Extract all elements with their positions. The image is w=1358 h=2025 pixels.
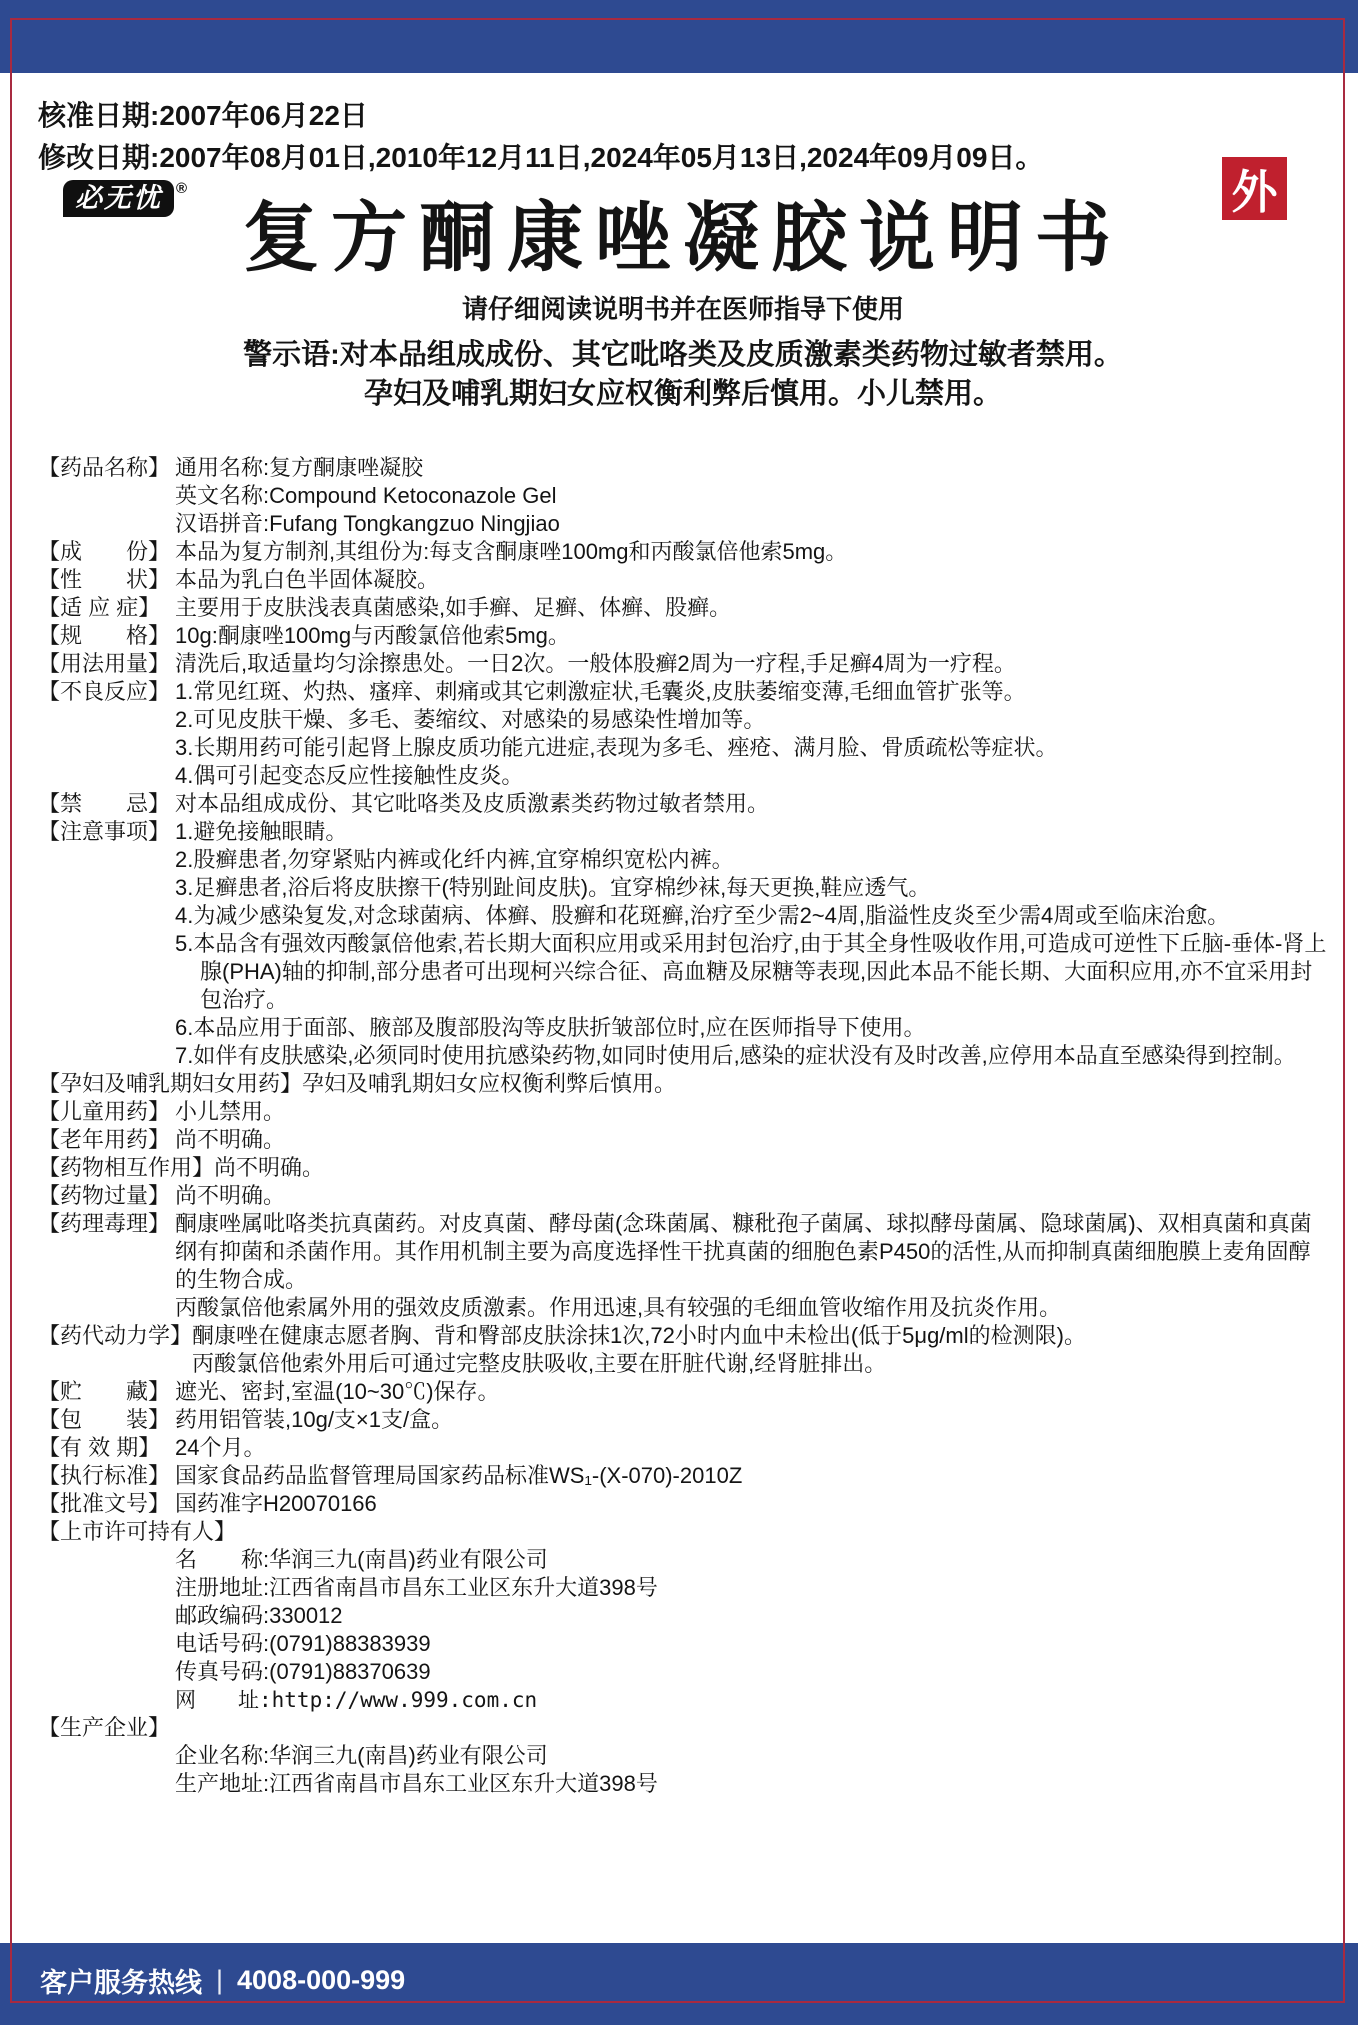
section-label: 【儿童用药】 xyxy=(38,1098,175,1126)
section-text-line: 英文名称:Compound Ketoconazole Gel xyxy=(175,482,1328,510)
section-label: 【药物过量】 xyxy=(38,1182,175,1210)
section-text-line: 5.本品含有强效丙酸氯倍他索,若长期大面积应用或采用封包治疗,由于其全身性吸收作… xyxy=(175,930,1328,1014)
section-row: 【成 份】本品为复方制剂,其组份为:每支含酮康唑100mg和丙酸氯倍他索5mg。 xyxy=(38,538,1328,566)
section-label: 【药理毒理】 xyxy=(38,1210,175,1238)
section-text-line: 企业名称:华润三九(南昌)药业有限公司 xyxy=(175,1742,1328,1770)
section-content: 清洗后,取适量均匀涂擦患处。一日2次。一般体股癣2周为一疗程,手足癣4周为一疗程… xyxy=(175,650,1328,678)
section-text-line: 网 址:http://www.999.com.cn xyxy=(175,1686,1328,1714)
section-label: 【生产企业】 xyxy=(38,1714,175,1742)
section-text-line: 酮康唑在健康志愿者胸、背和臀部皮肤涂抹1次,72小时内血中未检出(低于5μg/m… xyxy=(192,1322,1328,1350)
section-text-line: 10g:酮康唑100mg与丙酸氯倍他索5mg。 xyxy=(175,622,1328,650)
sections: 【药品名称】通用名称:复方酮康唑凝胶英文名称:Compound Ketocona… xyxy=(38,454,1328,1798)
section-content: 本品为复方制剂,其组份为:每支含酮康唑100mg和丙酸氯倍他索5mg。 xyxy=(175,538,1328,566)
section-row: 【执行标准】国家食品药品监督管理局国家药品标准WS₁-(X-070)-2010Z xyxy=(38,1462,1328,1490)
section-row: 【包 装】药用铝管装,10g/支×1支/盒。 xyxy=(38,1406,1328,1434)
section-row: 网 址:http://www.999.com.cn xyxy=(38,1686,1328,1714)
section-row: 【注意事项】1.避免接触眼睛。2.股癣患者,勿穿紧贴内裤或化纤内裤,宜穿棉织宽松… xyxy=(38,818,1328,1070)
section-content: 注册地址:江西省南昌市昌东工业区东升大道398号 xyxy=(175,1574,1328,1602)
section-text-line: 1.常见红斑、灼热、瘙痒、刺痛或其它刺激症状,毛囊炎,皮肤萎缩变薄,毛细血管扩张… xyxy=(175,678,1328,706)
section-row: 【老年用药】尚不明确。 xyxy=(38,1126,1328,1154)
approval-date: 核准日期:2007年06月22日 xyxy=(38,95,1328,137)
section-text-line: 生产地址:江西省南昌市昌东工业区东升大道398号 xyxy=(175,1770,1328,1798)
section-label: 【贮 藏】 xyxy=(38,1378,175,1406)
section-text-line: 药用铝管装,10g/支×1支/盒。 xyxy=(175,1406,1328,1434)
section-content: 尚不明确。 xyxy=(214,1154,1328,1182)
section-content: 酮康唑在健康志愿者胸、背和臀部皮肤涂抹1次,72小时内血中未检出(低于5μg/m… xyxy=(192,1322,1328,1378)
section-row: 【生产企业】 xyxy=(38,1714,1328,1742)
section-text-line: 孕妇及哺乳期妇女应权衡利弊后慎用。 xyxy=(302,1070,1328,1098)
section-label: 【老年用药】 xyxy=(38,1126,175,1154)
section-label: 【禁 忌】 xyxy=(38,790,175,818)
section-text-line: 对本品组成成份、其它吡咯类及皮质激素类药物过敏者禁用。 xyxy=(175,790,1328,818)
section-label: 【孕妇及哺乳期妇女用药】 xyxy=(38,1070,302,1098)
section-label: 【不良反应】 xyxy=(38,678,175,706)
footer-bar: 客户服务热线 | 4008-000-999 xyxy=(0,1943,1358,2025)
section-content: 生产地址:江西省南昌市昌东工业区东升大道398号 xyxy=(175,1770,1328,1798)
section-text-line: 4.偶可引起变态反应性接触性皮炎。 xyxy=(175,762,1328,790)
brand-logo: 必无忧 xyxy=(63,180,174,217)
warning-line-2: 孕妇及哺乳期妇女应权衡利弊后慎用。小儿禁用。 xyxy=(38,375,1328,414)
section-text-line: 尚不明确。 xyxy=(175,1126,1328,1154)
read-instruction-subtitle: 请仔细阅读说明书并在医师指导下使用 xyxy=(38,289,1328,326)
section-text-line: 传真号码:(0791)88370639 xyxy=(175,1658,1328,1686)
section-content: 通用名称:复方酮康唑凝胶英文名称:Compound Ketoconazole G… xyxy=(175,454,1328,538)
section-text-line: 国家食品药品监督管理局国家药品标准WS₁-(X-070)-2010Z xyxy=(175,1462,1328,1490)
section-row: 【禁 忌】对本品组成成份、其它吡咯类及皮质激素类药物过敏者禁用。 xyxy=(38,790,1328,818)
section-label: 【成 份】 xyxy=(38,538,175,566)
section-text-line: 国药准字H20070166 xyxy=(175,1490,1328,1518)
section-text-line: 通用名称:复方酮康唑凝胶 xyxy=(175,454,1328,482)
warning-line-1: 警示语:对本品组成成份、其它吡咯类及皮质激素类药物过敏者禁用。 xyxy=(38,336,1328,375)
section-row: 生产地址:江西省南昌市昌东工业区东升大道398号 xyxy=(38,1770,1328,1798)
section-text-line: 遮光、密封,室温(10~30℃)保存。 xyxy=(175,1378,1328,1406)
hotline-separator: | xyxy=(216,1965,223,1996)
section-row: 【适 应 症】主要用于皮肤浅表真菌感染,如手癣、足癣、体癣、股癣。 xyxy=(38,594,1328,622)
section-row: 【批准文号】国药准字H20070166 xyxy=(38,1490,1328,1518)
registered-trademark-icon: ® xyxy=(176,180,187,197)
section-label: 【批准文号】 xyxy=(38,1490,175,1518)
section-label: 【上市许可持有人】 xyxy=(38,1518,236,1546)
section-text-line: 6.本品应用于面部、腋部及腹部股沟等皮肤折皱部位时,应在医师指导下使用。 xyxy=(175,1014,1328,1042)
section-row: 【药理毒理】酮康唑属吡咯类抗真菌药。对皮真菌、酵母菌(念珠菌属、糠秕孢子菌属、球… xyxy=(38,1210,1328,1322)
section-row: 【性 状】本品为乳白色半固体凝胶。 xyxy=(38,566,1328,594)
section-row: 【不良反应】1.常见红斑、灼热、瘙痒、刺痛或其它刺激症状,毛囊炎,皮肤萎缩变薄,… xyxy=(38,678,1328,790)
section-content: 遮光、密封,室温(10~30℃)保存。 xyxy=(175,1378,1328,1406)
section-row: 【用法用量】清洗后,取适量均匀涂擦患处。一日2次。一般体股癣2周为一疗程,手足癣… xyxy=(38,650,1328,678)
section-content: 1.常见红斑、灼热、瘙痒、刺痛或其它刺激症状,毛囊炎,皮肤萎缩变薄,毛细血管扩张… xyxy=(175,678,1328,790)
external-use-badge: 外 xyxy=(1222,157,1287,220)
section-text-line: 尚不明确。 xyxy=(175,1182,1328,1210)
section-row: 【有 效 期】24个月。 xyxy=(38,1434,1328,1462)
section-row: 注册地址:江西省南昌市昌东工业区东升大道398号 xyxy=(38,1574,1328,1602)
section-row: 【贮 藏】遮光、密封,室温(10~30℃)保存。 xyxy=(38,1378,1328,1406)
section-content: 网 址:http://www.999.com.cn xyxy=(175,1686,1328,1714)
section-content: 24个月。 xyxy=(175,1434,1328,1462)
section-text-line: 电话号码:(0791)88383939 xyxy=(175,1630,1328,1658)
hotline-number: 4008-000-999 xyxy=(237,1965,405,1996)
section-text-line: 主要用于皮肤浅表真菌感染,如手癣、足癣、体癣、股癣。 xyxy=(175,594,1328,622)
warning-block: 警示语:对本品组成成份、其它吡咯类及皮质激素类药物过敏者禁用。 孕妇及哺乳期妇女… xyxy=(38,336,1328,414)
section-text-line: 7.如伴有皮肤感染,必须同时使用抗感染药物,如同时使用后,感染的症状没有及时改善… xyxy=(175,1042,1328,1070)
content-area: 核准日期:2007年06月22日 修改日期:2007年08月01日,2010年1… xyxy=(0,0,1358,1798)
section-text-line: 注册地址:江西省南昌市昌东工业区东升大道398号 xyxy=(175,1574,1328,1602)
leaflet-page: 外 必无忧® 核准日期:2007年06月22日 修改日期:2007年08月01日… xyxy=(0,0,1358,2025)
section-row: 【药代动力学】酮康唑在健康志愿者胸、背和臀部皮肤涂抹1次,72小时内血中未检出(… xyxy=(38,1322,1328,1378)
section-content: 1.避免接触眼睛。2.股癣患者,勿穿紧贴内裤或化纤内裤,宜穿棉织宽松内裤。3.足… xyxy=(175,818,1328,1070)
section-text-line: 4.为减少感染复发,对念球菌病、体癣、股癣和花斑癣,治疗至少需2~4周,脂溢性皮… xyxy=(175,902,1328,930)
section-content: 国家食品药品监督管理局国家药品标准WS₁-(X-070)-2010Z xyxy=(175,1462,1328,1490)
dates-block: 核准日期:2007年06月22日 修改日期:2007年08月01日,2010年1… xyxy=(38,95,1328,179)
section-content: 尚不明确。 xyxy=(175,1182,1328,1210)
section-row: 电话号码:(0791)88383939 xyxy=(38,1630,1328,1658)
section-row: 【药物相互作用】尚不明确。 xyxy=(38,1154,1328,1182)
section-content: 本品为乳白色半固体凝胶。 xyxy=(175,566,1328,594)
section-row: 邮政编码:330012 xyxy=(38,1602,1328,1630)
section-text-line: 尚不明确。 xyxy=(214,1154,1328,1182)
section-label: 【执行标准】 xyxy=(38,1462,175,1490)
section-text-line: 清洗后,取适量均匀涂擦患处。一日2次。一般体股癣2周为一疗程,手足癣4周为一疗程… xyxy=(175,650,1328,678)
section-label: 【注意事项】 xyxy=(38,818,175,846)
section-content: 小儿禁用。 xyxy=(175,1098,1328,1126)
brand-logo-row: 必无忧® xyxy=(63,180,187,217)
section-content: 邮政编码:330012 xyxy=(175,1602,1328,1630)
section-text-line: 3.足癣患者,浴后将皮肤擦干(特别趾间皮肤)。宜穿棉纱袜,每天更换,鞋应透气。 xyxy=(175,874,1328,902)
section-row: 传真号码:(0791)88370639 xyxy=(38,1658,1328,1686)
section-text-line: 本品为乳白色半固体凝胶。 xyxy=(175,566,1328,594)
section-content: 尚不明确。 xyxy=(175,1126,1328,1154)
page-title: 复方酮康唑凝胶说明书 xyxy=(38,199,1328,279)
section-content: 国药准字H20070166 xyxy=(175,1490,1328,1518)
section-label: 【规 格】 xyxy=(38,622,175,650)
section-row: 【药品名称】通用名称:复方酮康唑凝胶英文名称:Compound Ketocona… xyxy=(38,454,1328,538)
hotline-label: 客户服务热线 xyxy=(40,1961,202,2000)
section-text-line: 丙酸氯倍他索属外用的强效皮质激素。作用迅速,具有较强的毛细血管收缩作用及抗炎作用… xyxy=(175,1294,1328,1322)
section-label: 【适 应 症】 xyxy=(38,594,175,622)
section-content: 酮康唑属吡咯类抗真菌药。对皮真菌、酵母菌(念珠菌属、糠秕孢子菌属、球拟酵母菌属、… xyxy=(175,1210,1328,1322)
revision-date: 修改日期:2007年08月01日,2010年12月11日,2024年05月13日… xyxy=(38,137,1328,179)
section-label: 【包 装】 xyxy=(38,1406,175,1434)
section-text-line: 2.股癣患者,勿穿紧贴内裤或化纤内裤,宜穿棉织宽松内裤。 xyxy=(175,846,1328,874)
section-text-line: 邮政编码:330012 xyxy=(175,1602,1328,1630)
section-content: 孕妇及哺乳期妇女应权衡利弊后慎用。 xyxy=(302,1070,1328,1098)
section-label: 【有 效 期】 xyxy=(38,1434,175,1462)
section-text-line: 24个月。 xyxy=(175,1434,1328,1462)
section-label: 【用法用量】 xyxy=(38,650,175,678)
section-row: 【规 格】10g:酮康唑100mg与丙酸氯倍他索5mg。 xyxy=(38,622,1328,650)
section-label: 【药品名称】 xyxy=(38,454,175,482)
section-text-line: 3.长期用药可能引起肾上腺皮质功能亢进症,表现为多毛、痤疮、满月脸、骨质疏松等症… xyxy=(175,734,1328,762)
section-label: 【性 状】 xyxy=(38,566,175,594)
section-text-line: 名 称:华润三九(南昌)药业有限公司 xyxy=(175,1546,1328,1574)
section-text-line: 丙酸氯倍他索外用后可通过完整皮肤吸收,主要在肝脏代谢,经肾脏排出。 xyxy=(192,1350,1328,1378)
section-content: 电话号码:(0791)88383939 xyxy=(175,1630,1328,1658)
customer-service-hotline: 客户服务热线 | 4008-000-999 xyxy=(40,1961,405,2000)
section-text-line: 2.可见皮肤干燥、多毛、萎缩纹、对感染的易感染性增加等。 xyxy=(175,706,1328,734)
section-label: 【药代动力学】 xyxy=(38,1322,192,1350)
section-content: 主要用于皮肤浅表真菌感染,如手癣、足癣、体癣、股癣。 xyxy=(175,594,1328,622)
section-text-line: 酮康唑属吡咯类抗真菌药。对皮真菌、酵母菌(念珠菌属、糠秕孢子菌属、球拟酵母菌属、… xyxy=(175,1210,1328,1294)
section-row: 【孕妇及哺乳期妇女用药】孕妇及哺乳期妇女应权衡利弊后慎用。 xyxy=(38,1070,1328,1098)
section-content: 10g:酮康唑100mg与丙酸氯倍他索5mg。 xyxy=(175,622,1328,650)
section-content: 药用铝管装,10g/支×1支/盒。 xyxy=(175,1406,1328,1434)
section-row: 名 称:华润三九(南昌)药业有限公司 xyxy=(38,1546,1328,1574)
section-content: 名 称:华润三九(南昌)药业有限公司 xyxy=(175,1546,1328,1574)
section-content: 传真号码:(0791)88370639 xyxy=(175,1658,1328,1686)
section-row: 【儿童用药】小儿禁用。 xyxy=(38,1098,1328,1126)
section-text-line: 1.避免接触眼睛。 xyxy=(175,818,1328,846)
section-row: 企业名称:华润三九(南昌)药业有限公司 xyxy=(38,1742,1328,1770)
section-content: 企业名称:华润三九(南昌)药业有限公司 xyxy=(175,1742,1328,1770)
section-row: 【上市许可持有人】 xyxy=(38,1518,1328,1546)
section-text-line: 本品为复方制剂,其组份为:每支含酮康唑100mg和丙酸氯倍他索5mg。 xyxy=(175,538,1328,566)
section-text-line: 小儿禁用。 xyxy=(175,1098,1328,1126)
section-text-line: 汉语拼音:Fufang Tongkangzuo Ningjiao xyxy=(175,510,1328,538)
section-row: 【药物过量】尚不明确。 xyxy=(38,1182,1328,1210)
section-label: 【药物相互作用】 xyxy=(38,1154,214,1182)
section-content: 对本品组成成份、其它吡咯类及皮质激素类药物过敏者禁用。 xyxy=(175,790,1328,818)
